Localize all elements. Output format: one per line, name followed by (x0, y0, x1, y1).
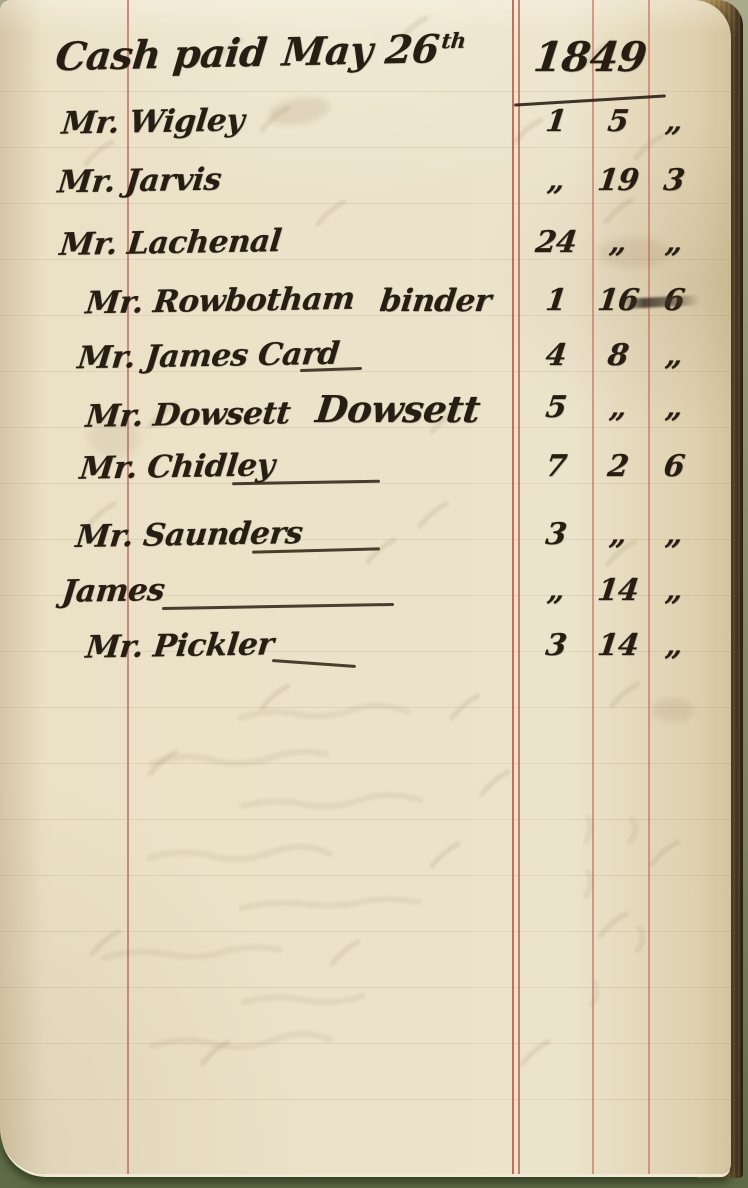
ledger-row: Mr. Wigley 1 5 „ (0, 104, 731, 158)
amount-shillings: 19 (588, 163, 648, 198)
amount-pence: „ (644, 104, 704, 139)
amount-pence: „ (644, 225, 704, 260)
payee-name: James (60, 572, 166, 610)
scanned-ledger-page: Cash paidMay 26th 1849 Mr. Wigley 1 5 „ … (0, 0, 748, 1188)
amount-pounds: 7 (526, 449, 586, 484)
amount-pounds: 4 (526, 338, 586, 373)
payee-name: Mr. Chidley (78, 447, 276, 486)
amount-pence: 3 (644, 163, 704, 198)
amount-shillings: „ (588, 390, 648, 425)
amount-pence: „ (644, 517, 704, 552)
ledger-row: Mr. Dowsett Dowsett 5 „ „ (0, 390, 731, 444)
ledger-row: Mr. Pickler 3 14 „ (0, 628, 731, 682)
payee-name: Mr. Pickler (84, 626, 275, 665)
amount-pence: „ (644, 390, 704, 425)
cash-paid-text: Cash paid (53, 30, 269, 80)
amount-pounds: „ (526, 573, 586, 608)
amount-shillings: 14 (588, 628, 648, 663)
amount-pounds: 1 (526, 283, 586, 318)
amount-pounds: „ (526, 163, 586, 198)
ledger-row: Mr. James Card 4 8 „ (0, 338, 731, 392)
header-line: Cash paidMay 26th (53, 26, 467, 81)
amount-pence: „ (644, 338, 704, 373)
ledger-row: Mr. Rowbotham binder 1 16 6 (0, 283, 731, 337)
amount-shillings: „ (588, 225, 648, 260)
ledger-page: Cash paidMay 26th 1849 Mr. Wigley 1 5 „ … (0, 0, 731, 1174)
amount-pounds: 24 (526, 225, 586, 260)
payee-note: Dowsett (314, 387, 483, 431)
ledger-row: Mr. Lachenal 24 „ „ (0, 225, 731, 279)
ledger-row: Mr. Chidley 7 2 6 (0, 449, 731, 503)
payee-name: Mr. Rowbotham (84, 281, 356, 322)
amount-pence: „ (644, 628, 704, 663)
payee-name: Mr. Lachenal (58, 223, 283, 263)
date-text: May 26 (280, 26, 441, 75)
amount-pounds: 1 (526, 104, 586, 139)
payee-name: Mr. Dowsett (84, 395, 292, 435)
date-ordinal: th (440, 28, 467, 53)
amount-pounds: 3 (526, 517, 586, 552)
payee-name: Mr. Jarvis (56, 162, 223, 201)
ledger-row: James „ 14 „ (0, 573, 731, 627)
payee-name: Mr. Saunders (74, 515, 304, 555)
year-text: 1849 (531, 33, 649, 81)
amount-pence: „ (644, 573, 704, 608)
amount-shillings: 2 (588, 449, 648, 484)
flourish-dash (162, 603, 394, 610)
flourish-dash (272, 659, 356, 668)
payee-name: Mr. Wigley (60, 102, 246, 141)
amount-pence: 6 (644, 449, 704, 484)
amount-shillings: 5 (588, 104, 648, 139)
amount-pounds: 5 (526, 390, 586, 425)
amount-shillings: „ (588, 517, 648, 552)
ledger-row: Mr. Jarvis „ 19 3 (0, 163, 731, 217)
amount-pounds: 3 (526, 628, 586, 663)
payee-note: binder (378, 283, 493, 319)
amount-shillings: 14 (588, 573, 648, 608)
paper-stain (652, 698, 694, 722)
amount-shillings: 8 (588, 338, 648, 373)
ledger-row: Mr. Saunders 3 „ „ (0, 517, 731, 571)
